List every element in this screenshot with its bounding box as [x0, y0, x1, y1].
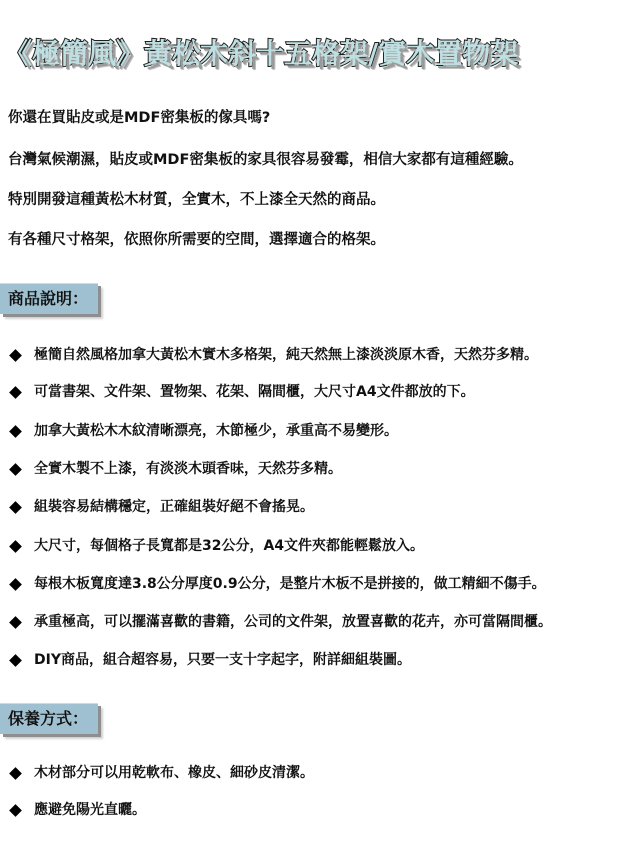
diamond-bullet-icon: [9, 386, 22, 399]
list-item-text: 可當書架、文件架、置物架、花架、隔間櫃，大尺寸A4文件都放的下。: [34, 382, 475, 402]
list-item-text: 全實木製不上漆，有淡淡木頭香味，天然芬多精。: [34, 459, 342, 479]
diamond-bullet-icon: [9, 616, 22, 629]
list-item-text: 木材部分可以用乾軟布、橡皮、細砂皮清潔。: [34, 763, 314, 783]
list-item: 組裝容易結構穩定，正確組裝好絕不會搖晃。: [8, 497, 314, 517]
diamond-bullet-icon: [9, 349, 22, 362]
list-item: 木材部分可以用乾軟布、橡皮、細砂皮清潔。: [8, 763, 314, 783]
diamond-bullet-icon: [9, 804, 22, 817]
list-item: 承重極高，可以擺滿喜歡的書籍，公司的文件架，放置喜歡的花卉，亦可當隔間櫃。: [8, 612, 552, 632]
page-title: 《極簡風》黃松木斜十五格架/實木置物架: [4, 36, 518, 72]
diamond-bullet-icon: [9, 540, 22, 553]
diamond-bullet-icon: [9, 425, 22, 438]
list-item-text: 每根木板寬度達3.8公分厚度0.9公分，是整片木板不是拼接的，做工精細不傷手。: [34, 574, 546, 594]
list-item-text: 大尺寸，每個格子長寬都是32公分，A4文件夾都能輕鬆放入。: [34, 536, 424, 556]
intro-line: 特別開發這種黃松木材質，全實木，不上漆全天然的商品。: [8, 190, 385, 210]
intro-line: 台灣氣候潮濕，貼皮或MDF密集板的家具很容易發霉，相信大家都有這種經驗。: [8, 150, 523, 170]
diamond-bullet-icon: [9, 654, 22, 667]
list-item-text: 極簡自然風格加拿大黃松木實木多格架，純天然無上漆淡淡原木香，天然芬多精。: [34, 345, 538, 365]
list-item: 每根木板寬度達3.8公分厚度0.9公分，是整片木板不是拼接的，做工精細不傷手。: [8, 574, 546, 594]
list-item-text: 加拿大黃松木木紋清晰漂亮，木節極少，承重高不易變形。: [34, 421, 398, 441]
list-item: 應避免陽光直曬。: [8, 800, 146, 820]
list-item-text: DIY商品，組合超容易，只要一支十字起字，附詳細組裝圖。: [34, 650, 411, 670]
section-header-care-instructions: 保養方式：: [0, 703, 98, 734]
intro-line: 你還在買貼皮或是MDF密集板的傢具嗎?: [8, 108, 270, 128]
section-header-product-description: 商品說明：: [0, 283, 98, 314]
list-item: 可當書架、文件架、置物架、花架、隔間櫃，大尺寸A4文件都放的下。: [8, 382, 475, 402]
list-item: 全實木製不上漆，有淡淡木頭香味，天然芬多精。: [8, 459, 342, 479]
list-item: DIY商品，組合超容易，只要一支十字起字，附詳細組裝圖。: [8, 650, 411, 670]
diamond-bullet-icon: [9, 767, 22, 780]
list-item: 極簡自然風格加拿大黃松木實木多格架，純天然無上漆淡淡原木香，天然芬多精。: [8, 345, 538, 365]
list-item: 大尺寸，每個格子長寬都是32公分，A4文件夾都能輕鬆放入。: [8, 536, 424, 556]
intro-line: 有各種尺寸格架，依照你所需要的空間，選擇適合的格架。: [8, 230, 385, 250]
diamond-bullet-icon: [9, 578, 22, 591]
list-item: 加拿大黃松木木紋清晰漂亮，木節極少，承重高不易變形。: [8, 421, 398, 441]
list-item-text: 組裝容易結構穩定，正確組裝好絕不會搖晃。: [34, 497, 314, 517]
diamond-bullet-icon: [9, 501, 22, 514]
diamond-bullet-icon: [9, 463, 22, 476]
list-item-text: 承重極高，可以擺滿喜歡的書籍，公司的文件架，放置喜歡的花卉，亦可當隔間櫃。: [34, 612, 552, 632]
list-item-text: 應避免陽光直曬。: [34, 800, 146, 820]
